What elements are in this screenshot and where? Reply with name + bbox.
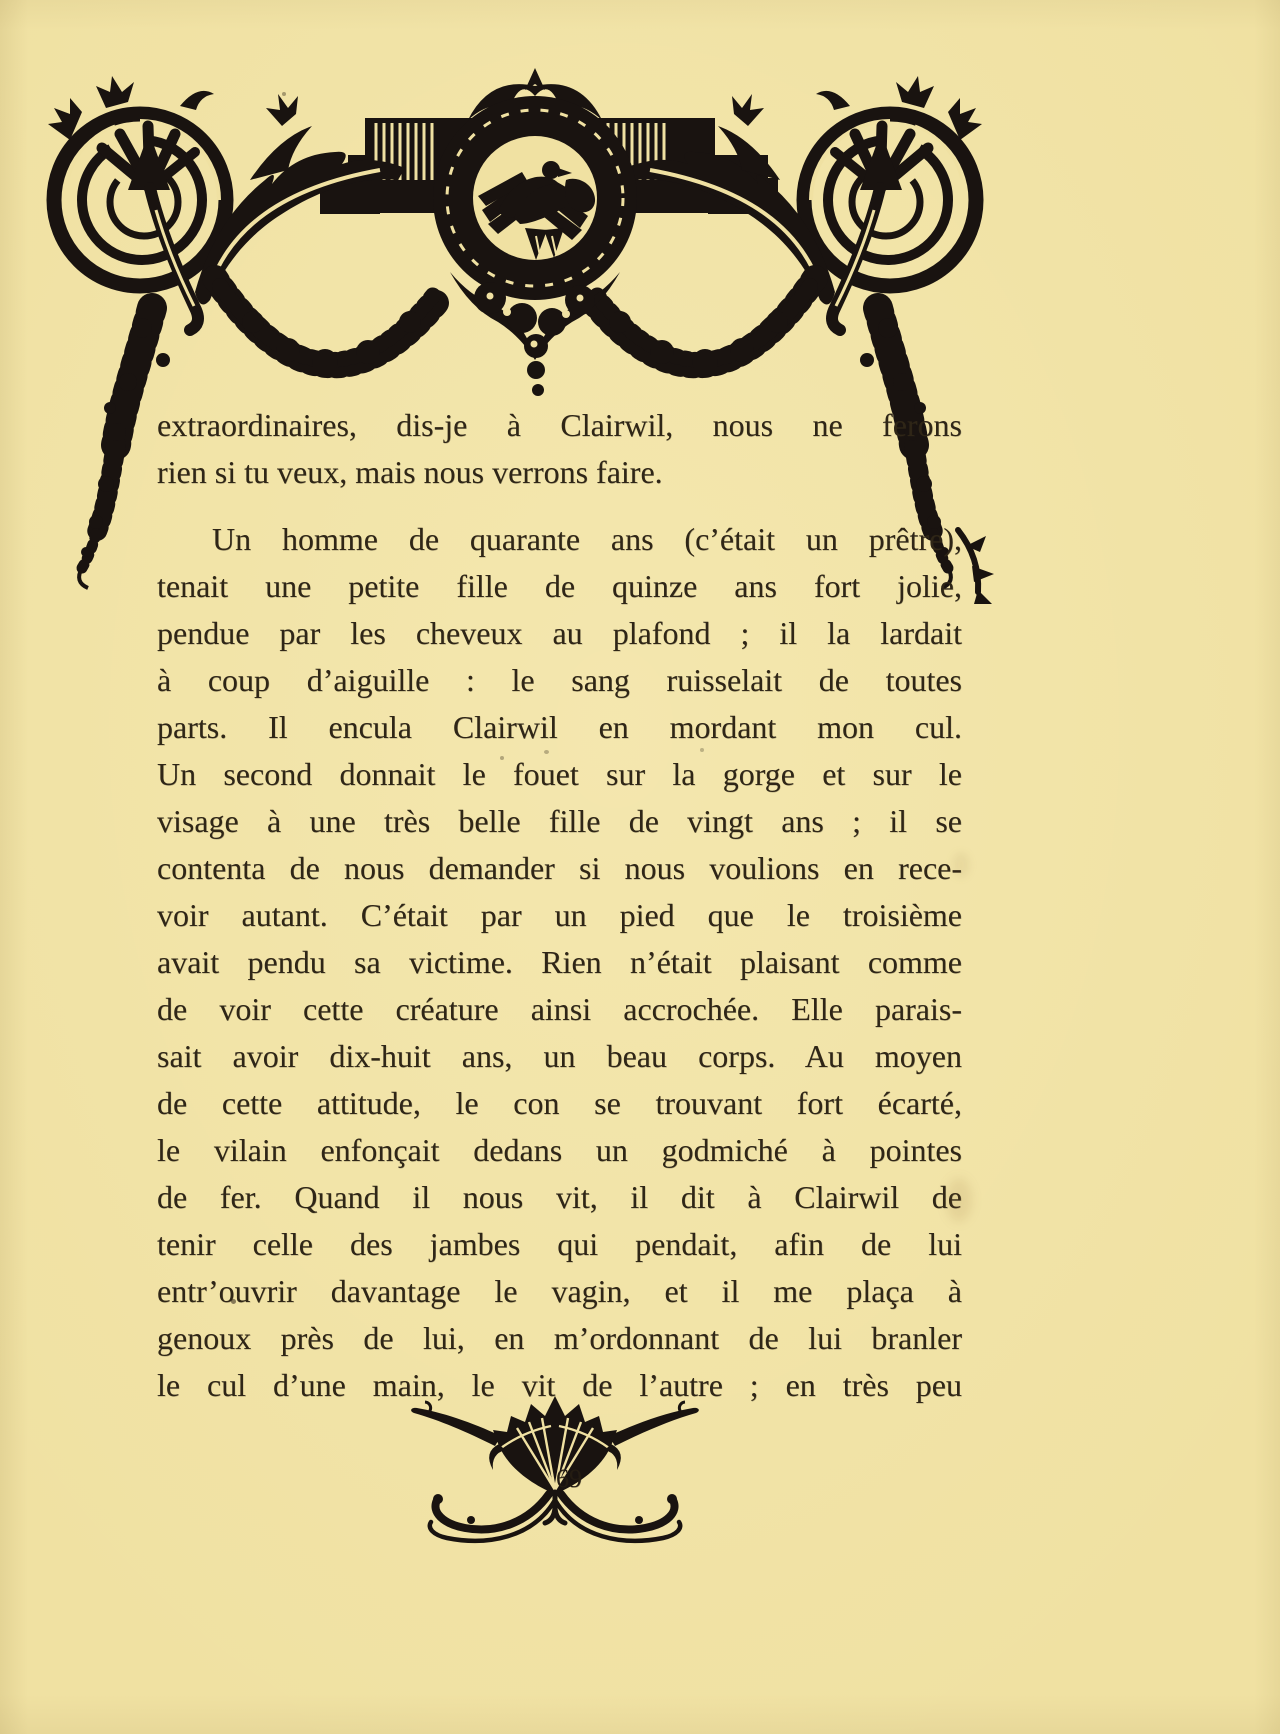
text-line: pendue par les cheveux au plafond ; il l… bbox=[157, 610, 962, 657]
paper-stain bbox=[946, 1178, 972, 1222]
paragraph-2: Un homme de quarante ans (c’était un prê… bbox=[157, 516, 962, 1409]
text-line: contenta de nous demander si nous voulio… bbox=[157, 845, 962, 892]
text-line: entr’ouvrir davantage le vagin, et il me… bbox=[157, 1268, 962, 1315]
text-line: visage à une très belle fille de vingt a… bbox=[157, 798, 962, 845]
ink-speck bbox=[231, 1299, 236, 1304]
ink-speck bbox=[700, 748, 704, 752]
paragraph-1: extraordinaires, dis-je à Clairwil, nous… bbox=[157, 402, 962, 496]
text-line: tenir celle des jambes qui pendait, afin… bbox=[157, 1221, 962, 1268]
text-line: le vilain enfonçait dedans un godmiché à… bbox=[157, 1127, 962, 1174]
text-line: de cette attitude, le con se trouvant fo… bbox=[157, 1080, 962, 1127]
text-line: Un second donnait le fouet sur la gorge … bbox=[157, 751, 962, 798]
paper-stain bbox=[952, 852, 970, 878]
text-line: tenait une petite fille de quinze ans fo… bbox=[157, 563, 962, 610]
text-line: voir autant. C’était par un pied que le … bbox=[157, 892, 962, 939]
text-line: à coup d’aiguille : le sang ruisselait d… bbox=[157, 657, 962, 704]
book-page-scan: extraordinaires, dis-je à Clairwil, nous… bbox=[0, 0, 1280, 1734]
ink-speck bbox=[500, 756, 504, 760]
text-line: extraordinaires, dis-je à Clairwil, nous… bbox=[157, 402, 962, 449]
text-line: rien si tu veux, mais nous verrons faire… bbox=[157, 449, 962, 496]
page-number: 69 bbox=[546, 1464, 592, 1494]
text-line: de voir cette créature ainsi accrochée. … bbox=[157, 986, 962, 1033]
text-block: extraordinaires, dis-je à Clairwil, nous… bbox=[157, 402, 962, 1409]
text-line: de fer. Quand il nous vit, il dit à Clai… bbox=[157, 1174, 962, 1221]
text-line: Un homme de quarante ans (c’était un prê… bbox=[157, 516, 962, 563]
ink-speck bbox=[282, 92, 286, 96]
text-line: parts. Il encula Clairwil en mordant mon… bbox=[157, 704, 962, 751]
text-line: avait pendu sa victime. Rien n’était pla… bbox=[157, 939, 962, 986]
text-line: sait avoir dix-huit ans, un beau corps. … bbox=[157, 1033, 962, 1080]
ink-speck bbox=[544, 750, 549, 754]
text-line: genoux près de lui, en m’ordonnant de lu… bbox=[157, 1315, 962, 1362]
